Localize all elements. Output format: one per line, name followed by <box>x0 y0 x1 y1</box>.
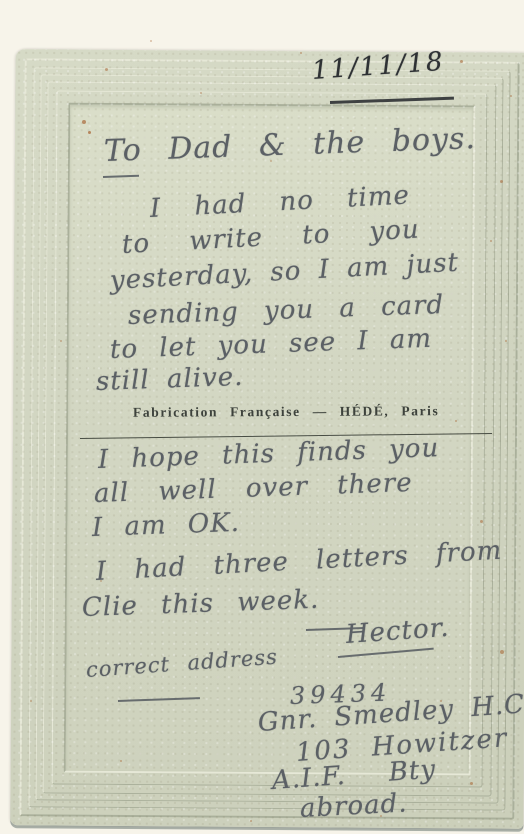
printed-maker-imprint: Fabrication Française — HÉDÉ, Paris <box>133 403 439 421</box>
message-line: Clie this week. <box>81 585 319 623</box>
message-line: still alive. <box>95 362 243 397</box>
address-label-line: correct address <box>85 645 278 682</box>
date-underline <box>330 97 454 104</box>
salutation-underline <box>103 175 139 178</box>
message-line: I had three letters from <box>95 536 503 587</box>
address-label-underline <box>118 697 200 702</box>
handwriting-layer: 11/11/18 To Dad & the boys. I had no tim… <box>0 0 524 834</box>
address-line: abroad. <box>299 788 408 824</box>
message-line: all well over there <box>93 468 413 509</box>
message-line: I am OK. <box>91 508 240 543</box>
salutation-line: To Dad & the boys. <box>103 121 476 169</box>
signature-line: Hector. <box>345 613 450 650</box>
handwritten-date: 11/11/18 <box>311 47 446 86</box>
